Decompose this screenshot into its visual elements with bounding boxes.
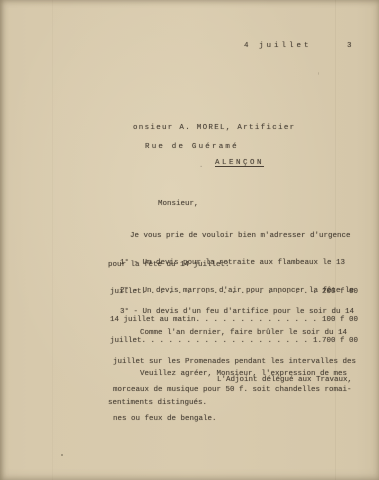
recipient-street: Rue de Guéramé: [145, 143, 239, 153]
body-line-1: Comme l'an dernier, faire brûler le soir…: [140, 329, 358, 339]
letter-page: 4 juillet 3 onsieur A. MOREL, Artificier…: [0, 0, 379, 480]
letter-date: 4 juillet: [244, 42, 312, 52]
page-number: 3: [347, 42, 352, 52]
paper-speck: [61, 454, 63, 456]
closing-paragraph: Veuillez agréer, Monsieur, l'expression …: [108, 351, 358, 427]
signature-line: L'Adjoint délégué aux Travaux,: [217, 376, 352, 386]
paper-crease-left: [52, 0, 53, 480]
paper-speck-small: [318, 72, 319, 75]
recipient-name: onsieur A. MOREL, Artificier: [133, 124, 295, 134]
stray-comma-mark: .: [199, 162, 203, 170]
closing-line-2: sentiments distingués.: [108, 399, 358, 409]
salutation: Monsieur,: [158, 200, 199, 210]
recipient-city: ALENÇON: [215, 159, 264, 169]
paper-crease: [335, 0, 336, 480]
